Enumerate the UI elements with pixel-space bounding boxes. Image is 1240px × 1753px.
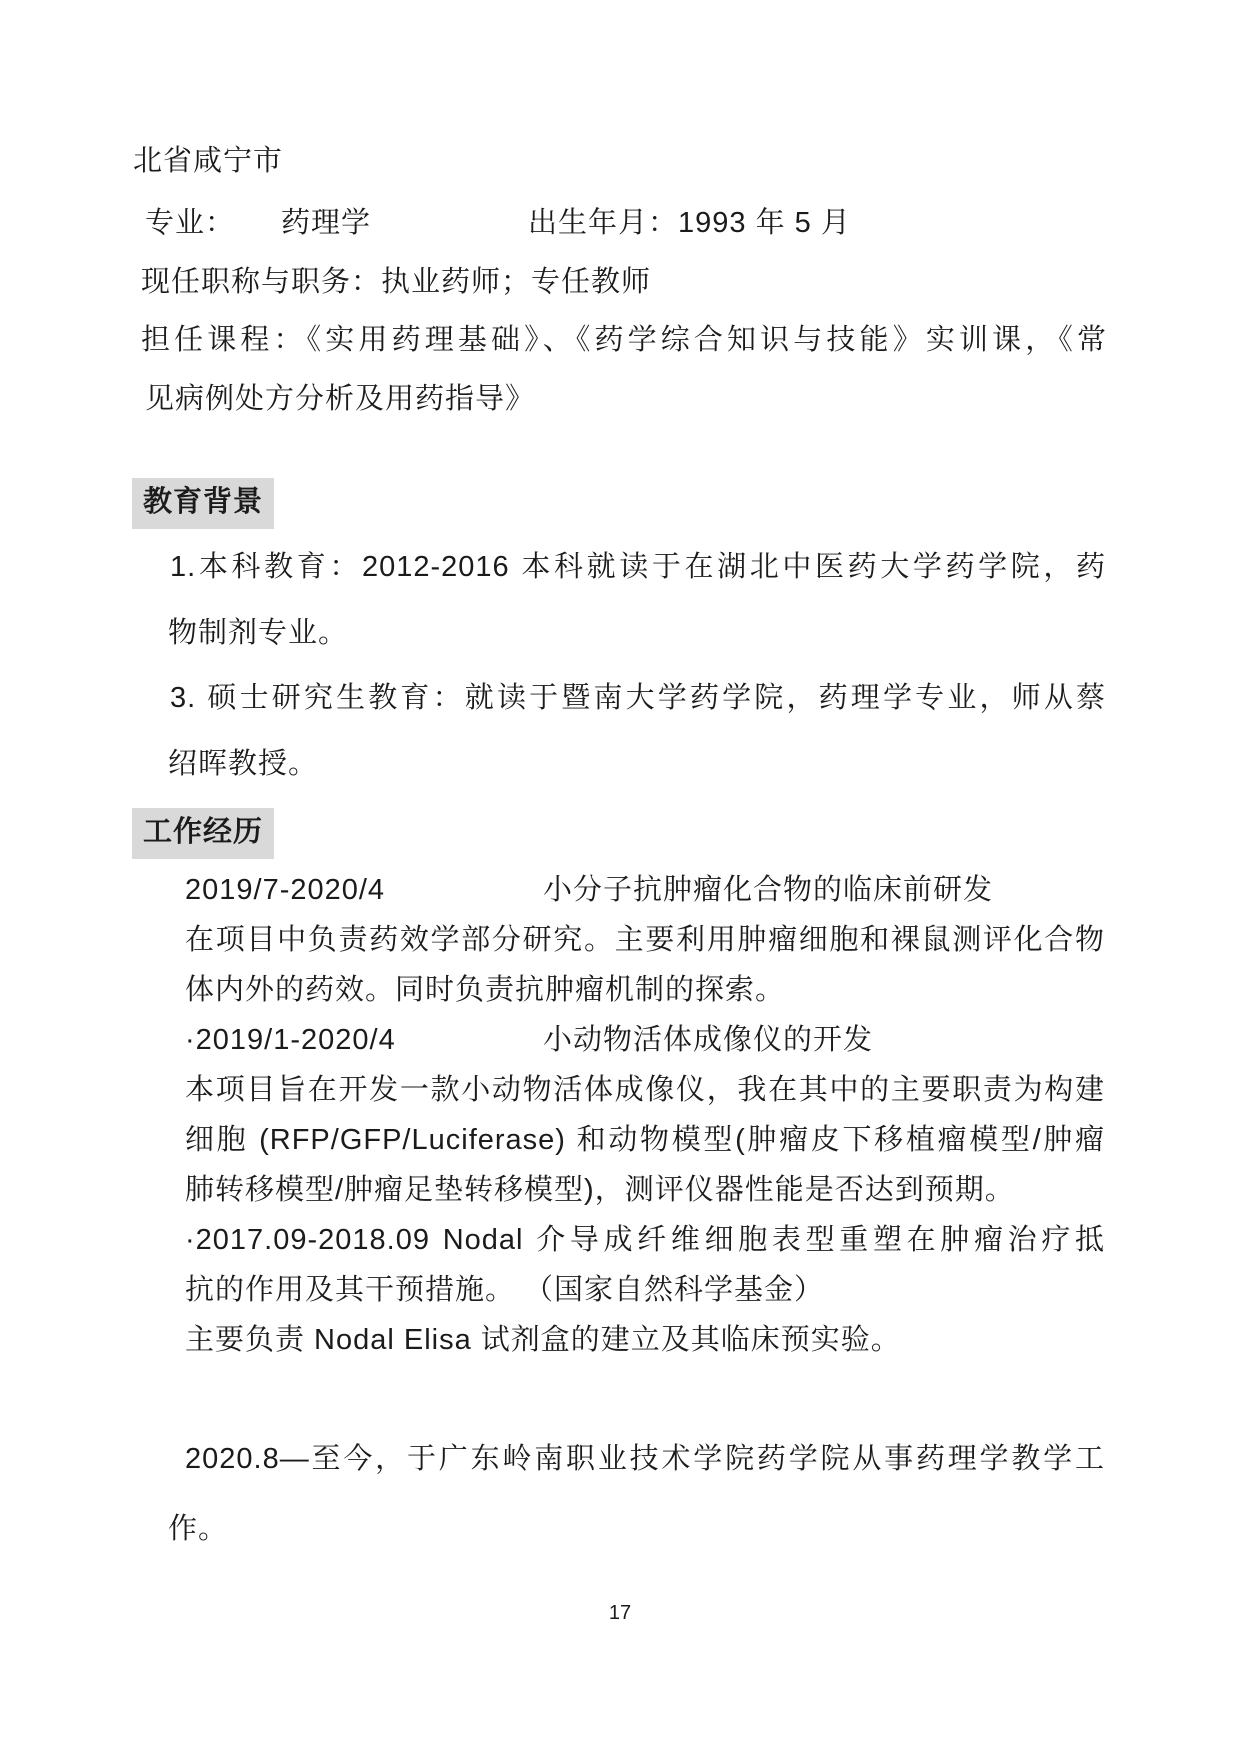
project-1-name: 小分子抗肿瘤化合物的临床前研发 <box>543 874 993 906</box>
project-2-desc-line: 本项目旨在开发一款小动物活体成像仪，我在其中的主要职责为构建 <box>185 1072 1105 1108</box>
resume-page: 北省咸宁市 专业：药理学出生年月：1993 年 5 月 现任职称与职务：执业药师… <box>0 0 1240 1753</box>
current-job-line: 2020.8—至今，于广东岭南职业技术学院药学院从事药理学教学工 <box>185 1441 1105 1477</box>
current-job-line: 作。 <box>168 1511 228 1547</box>
project-2-date: ·2019/1-2020/4 <box>185 1022 543 1058</box>
project-3-line: 主要负责 Nodal Elisa 试剂盒的建立及其临床预实验。 <box>185 1322 901 1358</box>
education-line: 物制剂专业。 <box>168 615 348 651</box>
project-2-desc-line: 肺转移模型/肿瘤足垫转移模型)，测评仪器性能是否达到预期。 <box>185 1172 1015 1208</box>
project-2-name: 小动物活体成像仪的开发 <box>543 1024 873 1056</box>
project-1-row: 2019/7-2020/4小分子抗肿瘤化合物的临床前研发 <box>185 872 993 908</box>
location-line: 北省咸宁市 <box>133 143 283 179</box>
project-3-line: 抗的作用及其干预措施。 （国家自然科学基金） <box>185 1272 824 1308</box>
courses-line-2: 见病例处方分析及用药指导》 <box>145 381 535 417</box>
project-1-date: 2019/7-2020/4 <box>185 872 543 908</box>
education-line: 1.本科教育：2012-2016 本科就读于在湖北中医药大学药学院，药 <box>170 549 1106 585</box>
courses-line-1: 担任课程：《实用药理基础》、《药学综合知识与技能》实训课，《常 <box>141 322 1107 358</box>
page-number: 17 <box>0 1602 1240 1625</box>
project-1-desc-line: 在项目中负责药效学部分研究。主要利用肿瘤细胞和裸鼠测评化合物 <box>185 922 1105 958</box>
project-1-desc-line: 体内外的药效。同时负责抗肿瘤机制的探索。 <box>185 972 785 1008</box>
education-line: 3. 硕士研究生教育：就读于暨南大学药学院，药理学专业，师从蔡 <box>170 680 1106 716</box>
birth-date-text: 出生年月：1993 年 5 月 <box>528 207 851 239</box>
major-value: 药理学 <box>281 205 528 241</box>
project-3-line: ·2017.09-2018.09 Nodal 介导成纤维细胞表型重塑在肿瘤治疗抵 <box>185 1222 1105 1258</box>
work-section-heading: 工作经历 <box>132 808 274 859</box>
current-position-line: 现任职称与职务：执业药师；专任教师 <box>141 264 651 300</box>
project-2-row: ·2019/1-2020/4小动物活体成像仪的开发 <box>185 1022 873 1058</box>
education-line: 绍晖教授。 <box>168 746 318 782</box>
education-section-heading: 教育背景 <box>132 478 274 529</box>
major-birth-row: 专业：药理学出生年月：1993 年 5 月 <box>145 205 851 241</box>
project-2-desc-line: 细胞 (RFP/GFP/Luciferase) 和动物模型(肿瘤皮下移植瘤模型/… <box>185 1122 1105 1158</box>
major-label: 专业： <box>145 205 281 241</box>
